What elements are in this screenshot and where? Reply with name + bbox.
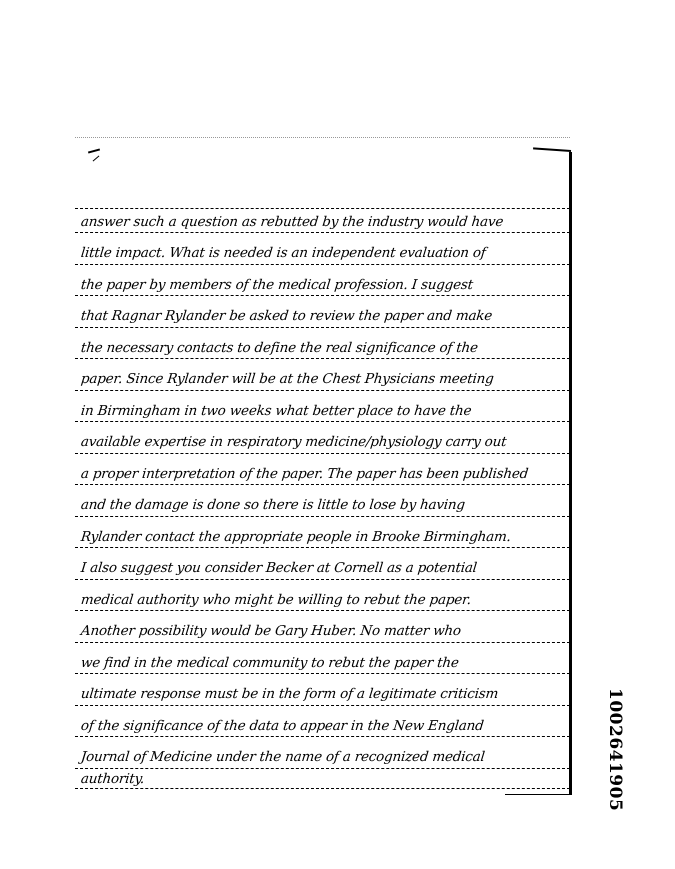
ruled-line <box>75 421 570 422</box>
ruled-line <box>75 327 570 328</box>
handwritten-line: Journal of Medicine under the name of a … <box>80 748 562 766</box>
document-page: answer such a question as rebutted by th… <box>0 0 675 869</box>
ruled-line <box>75 705 570 706</box>
ruled-line <box>75 208 570 209</box>
handwritten-line: in Birmingham in two weeks what better p… <box>80 402 562 420</box>
page-border-right <box>569 152 572 795</box>
ruled-line <box>75 516 570 517</box>
ruled-line <box>75 610 570 611</box>
handwritten-line: and the damage is done so there is littl… <box>80 496 562 514</box>
corner-mark <box>93 156 100 162</box>
handwritten-line: Rylander contact the appropriate people … <box>80 528 562 546</box>
handwritten-line: authority. <box>80 770 562 788</box>
ruled-line <box>75 295 570 296</box>
ruled-line <box>75 264 570 265</box>
ruled-line <box>75 390 570 391</box>
handwritten-line: we find in the medical community to rebu… <box>80 654 562 672</box>
ruled-line <box>75 768 570 769</box>
ruled-line <box>75 788 570 789</box>
handwritten-line: answer such a question as rebutted by th… <box>80 213 562 231</box>
corner-mark <box>88 148 100 153</box>
handwritten-line: the paper by members of the medical prof… <box>80 276 562 294</box>
ruled-line <box>75 579 570 580</box>
ruled-line <box>75 642 570 643</box>
handwritten-line: little impact. What is needed is an inde… <box>80 244 562 262</box>
handwritten-line: I also suggest you consider Becker at Co… <box>80 559 562 577</box>
handwritten-line: that Ragnar Rylander be asked to review … <box>80 307 562 325</box>
handwritten-line: medical authority who might be willing t… <box>80 591 562 609</box>
handwritten-line: Another possibility would be Gary Huber.… <box>80 622 562 640</box>
handwritten-line: the necessary contacts to define the rea… <box>80 339 562 357</box>
handwritten-line: available expertise in respiratory medic… <box>80 433 562 451</box>
page-border-bottom <box>505 794 569 795</box>
ruled-line <box>75 547 570 548</box>
ruled-line <box>75 358 570 359</box>
top-edge-marks <box>75 137 570 138</box>
page-border-top <box>533 147 571 152</box>
ruled-line <box>75 673 570 674</box>
ruled-line <box>75 736 570 737</box>
handwritten-line: of the significance of the data to appea… <box>80 717 562 735</box>
ruled-line <box>75 232 570 233</box>
ruled-line <box>75 484 570 485</box>
handwritten-line: a proper interpretation of the paper. Th… <box>80 465 562 483</box>
bates-number: 1002641905 <box>605 688 625 828</box>
handwritten-line: paper. Since Rylander will be at the Che… <box>80 370 562 388</box>
ruled-line <box>75 453 570 454</box>
handwritten-line: ultimate response must be in the form of… <box>80 685 562 703</box>
